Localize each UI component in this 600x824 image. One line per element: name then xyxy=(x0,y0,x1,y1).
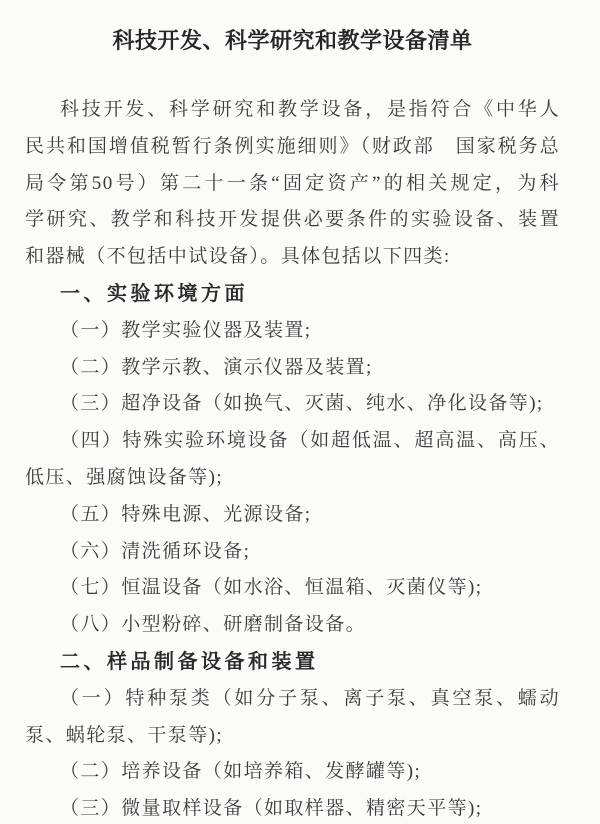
section-2-heading: 二、样品制备设备和装置 xyxy=(25,644,560,681)
section-2-item-2: （二）培养设备（如培养箱、发酵罐等); xyxy=(25,754,560,791)
section-1-item-7: （七）恒温设备（如水浴、恒温箱、灭菌仪等); xyxy=(25,570,560,607)
section-1-item-5: （五）特殊电源、光源设备; xyxy=(25,497,560,534)
intro-line-3: 局令第50号）第二十一条“固定资产”的相关规定，为科 xyxy=(25,166,560,203)
section-1-item-6: （六）清洗循环设备; xyxy=(25,534,560,571)
document-body: 科技开发、科学研究和教学设备，是指符合《中华人 民共和国增值税暂行条例实施细则》… xyxy=(25,92,560,824)
intro-line-1: 科技开发、科学研究和教学设备，是指符合《中华人 xyxy=(25,92,560,129)
section-1-item-4-line-1: （四）特殊实验环境设备（如超低温、超高温、高压、 xyxy=(25,423,560,460)
intro-line-2: 民共和国增值税暂行条例实施细则》（财政部 国家税务总 xyxy=(25,129,560,166)
section-1-item-8: （八）小型粉碎、研磨制备设备。 xyxy=(25,607,560,644)
section-1-item-1: （一）教学实验仪器及装置; xyxy=(25,313,560,350)
section-2-item-3: （三）微量取样设备（如取样器、精密天平等); xyxy=(25,791,560,824)
section-1-item-3: （三）超净设备（如换气、灭菌、纯水、净化设备等); xyxy=(25,386,560,423)
document-page: 科技开发、科学研究和教学设备清单 科技开发、科学研究和教学设备，是指符合《中华人… xyxy=(0,0,600,824)
intro-line-4: 学研究、教学和科技开发提供必要条件的实验设备、装置 xyxy=(25,202,560,239)
document-title: 科技开发、科学研究和教学设备清单 xyxy=(25,27,560,55)
section-1-item-4-line-2: 低压、强腐蚀设备等); xyxy=(25,460,560,497)
section-1-item-2: （二）教学示教、演示仪器及装置; xyxy=(25,350,560,387)
section-2-item-1-line-1: （一）特种泵类（如分子泵、离子泵、真空泵、蠕动 xyxy=(25,681,560,718)
intro-line-5: 和器械（不包括中试设备）。具体包括以下四类: xyxy=(25,239,560,276)
section-1-heading: 一、实验环境方面 xyxy=(25,276,560,313)
section-2-item-1-line-2: 泵、蜗轮泵、干泵等); xyxy=(25,718,560,755)
